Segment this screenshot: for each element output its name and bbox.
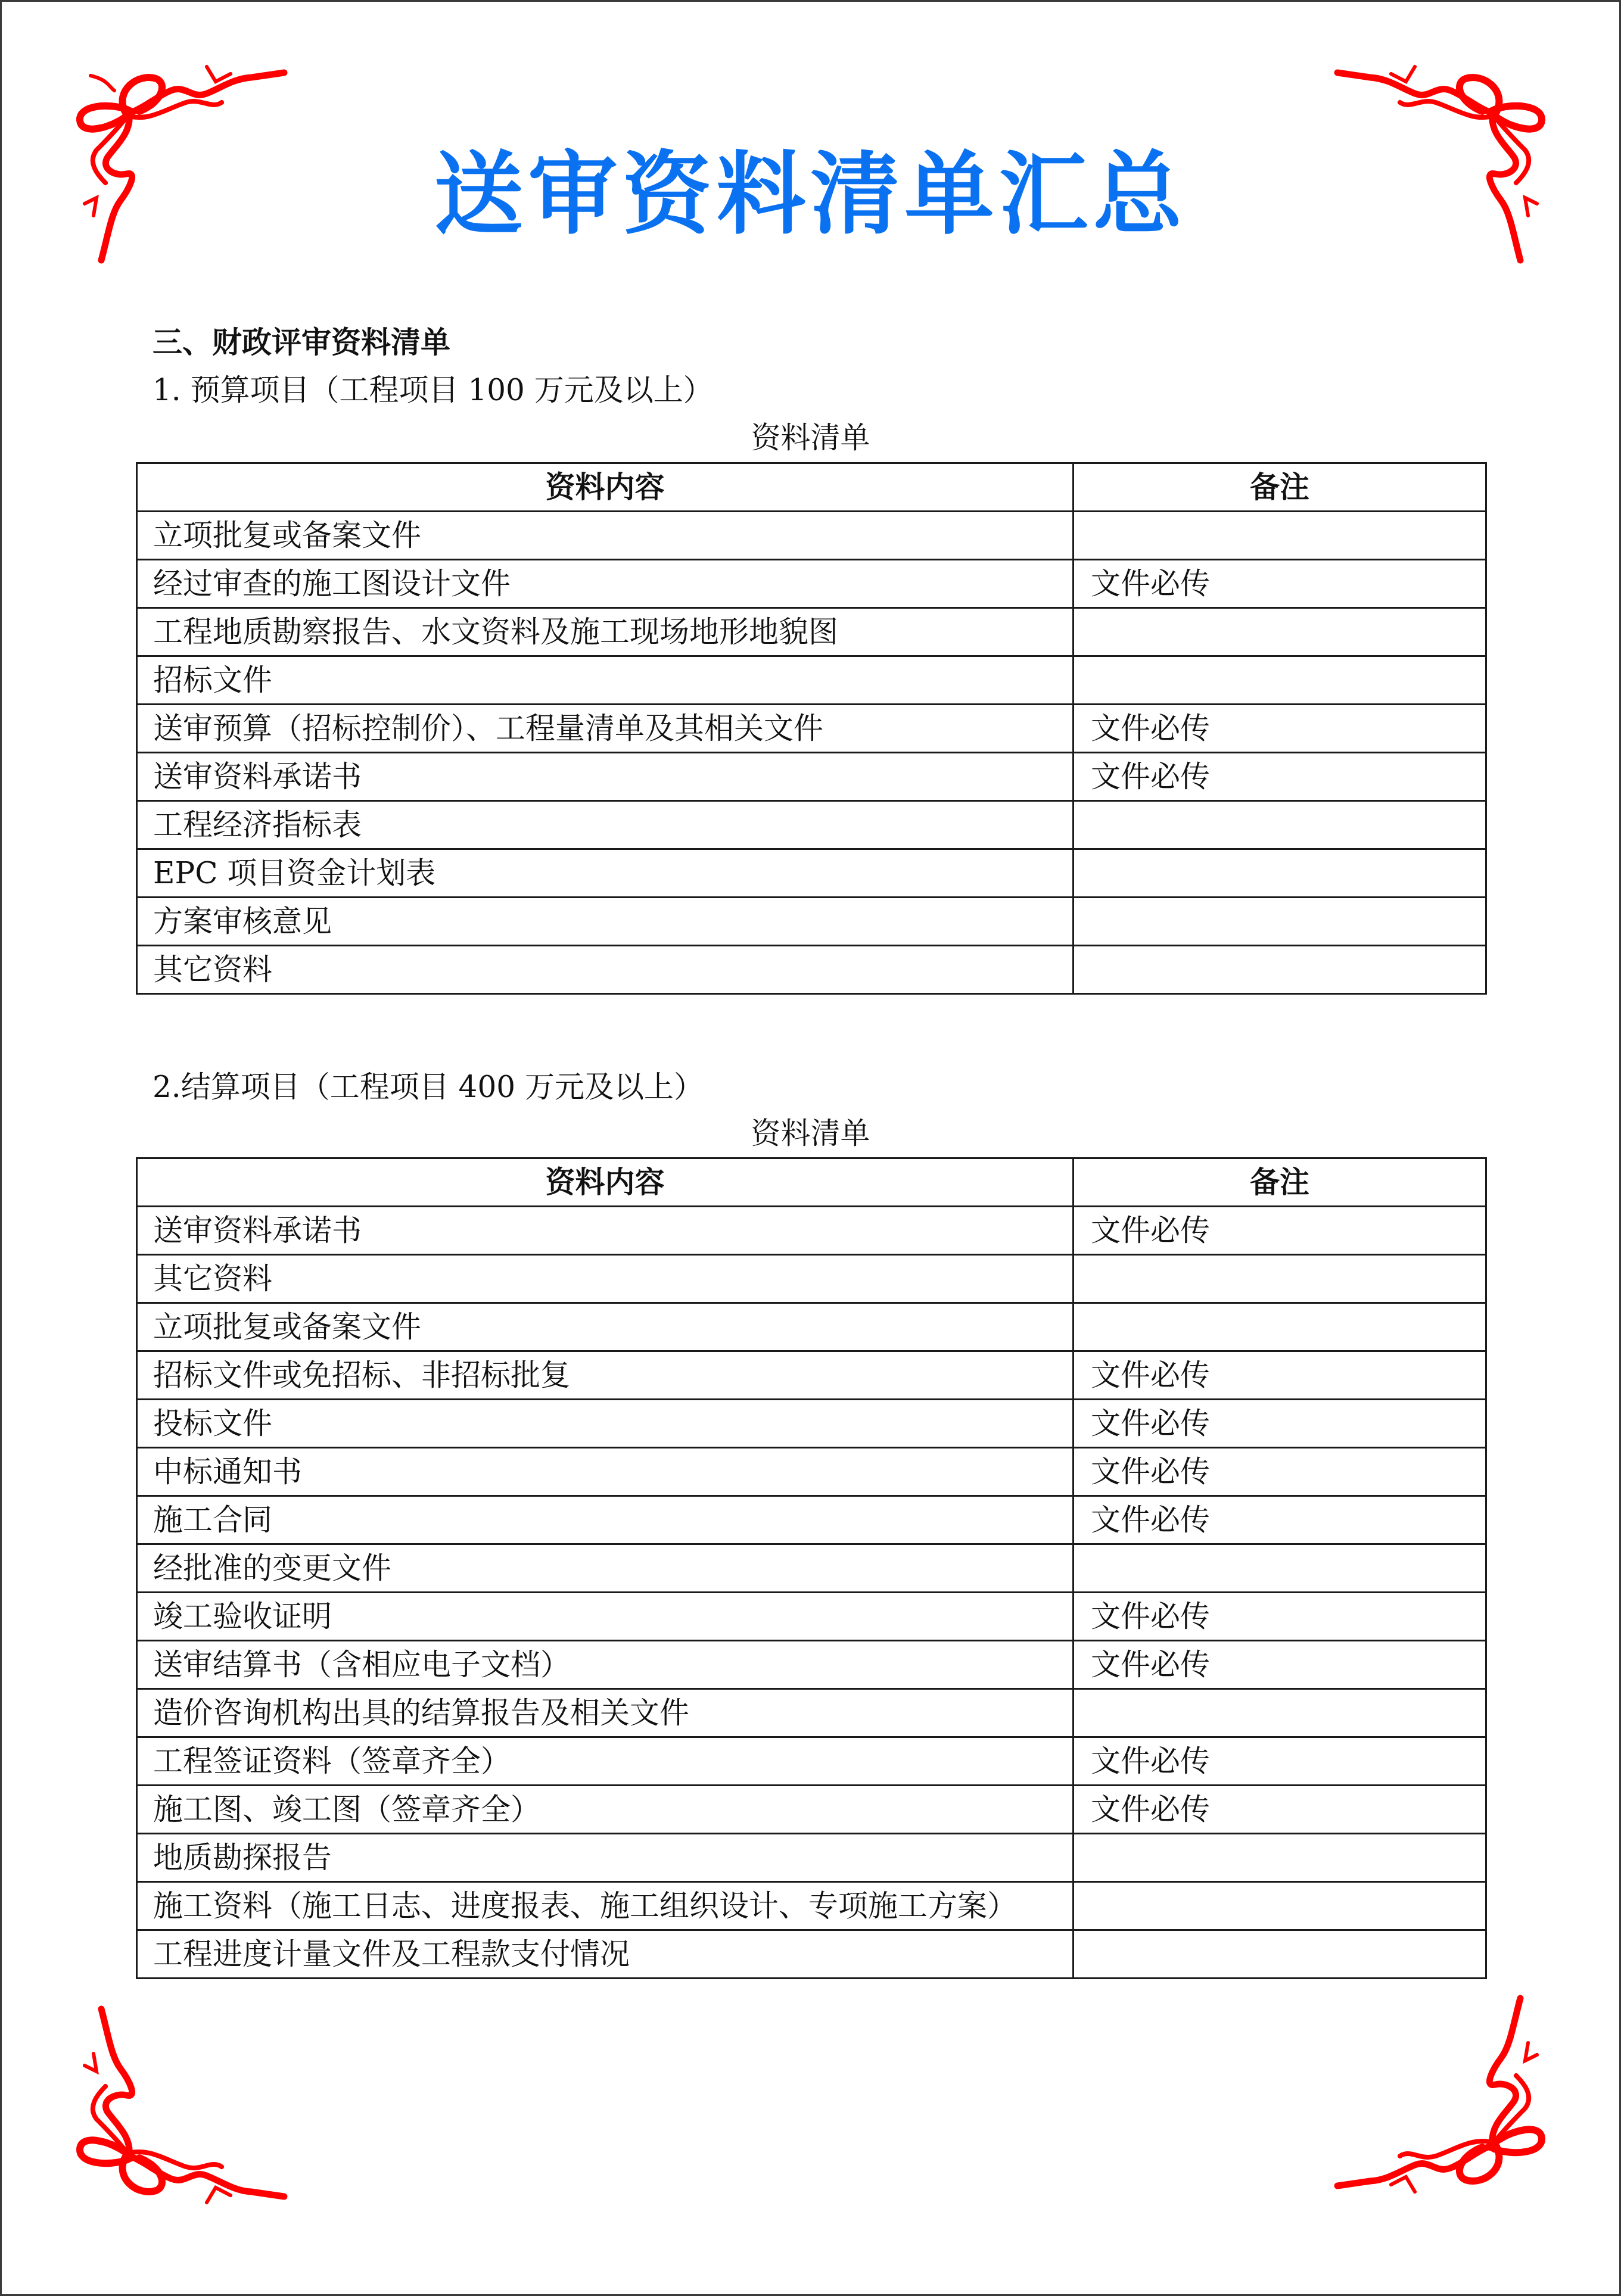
material-content-cell: 中标通知书: [137, 1448, 1074, 1496]
table-row: 送审预算（招标控制价）、工程量清单及其相关文件文件必传: [137, 705, 1486, 753]
material-content-cell: 招标文件: [137, 656, 1074, 705]
material-content-cell: EPC 项目资金计划表: [137, 849, 1074, 898]
material-content-cell: 送审预算（招标控制价）、工程量清单及其相关文件: [137, 705, 1074, 753]
column-header-content: 资料内容: [137, 1158, 1074, 1207]
note-cell: 文件必传: [1074, 1207, 1486, 1255]
material-content-cell: 施工图、竣工图（签章齐全）: [137, 1786, 1074, 1834]
table-row: 工程地质勘察报告、水文资料及施工现场地形地貌图: [137, 608, 1486, 656]
table-row: 工程经济指标表: [137, 801, 1486, 849]
note-cell: [1074, 1930, 1486, 1979]
table-row: 其它资料: [137, 1255, 1486, 1303]
table-row: 施工图、竣工图（签章齐全）文件必传: [137, 1786, 1486, 1834]
table-row: 其它资料: [137, 946, 1486, 994]
table-row: 投标文件文件必传: [137, 1400, 1486, 1448]
settlement-materials-table: 资料内容 备注 送审资料承诺书文件必传其它资料立项批复或备案文件招标文件或免招标…: [136, 1157, 1487, 1979]
material-content-cell: 竣工验收证明: [137, 1593, 1074, 1641]
budget-table-caption: 资料清单: [0, 417, 1621, 459]
material-content-cell: 招标文件或免招标、非招标批复: [137, 1351, 1074, 1400]
material-content-cell: 送审结算书（含相应电子文档）: [137, 1641, 1074, 1689]
note-cell: 文件必传: [1074, 1400, 1486, 1448]
table-header-row: 资料内容 备注: [137, 1158, 1486, 1207]
table-row: 方案审核意见: [137, 898, 1486, 946]
note-cell: [1074, 1544, 1486, 1593]
note-cell: 文件必传: [1074, 1593, 1486, 1641]
table-row: 中标通知书文件必传: [137, 1448, 1486, 1496]
table-row: 造价咨询机构出具的结算报告及相关文件: [137, 1689, 1486, 1737]
material-content-cell: 送审资料承诺书: [137, 1207, 1074, 1255]
material-content-cell: 方案审核意见: [137, 898, 1074, 946]
note-cell: [1074, 1689, 1486, 1737]
table-row: EPC 项目资金计划表: [137, 849, 1486, 898]
note-cell: 文件必传: [1074, 1641, 1486, 1689]
material-content-cell: 投标文件: [137, 1400, 1074, 1448]
table-row: 竣工验收证明文件必传: [137, 1593, 1486, 1641]
material-content-cell: 立项批复或备案文件: [137, 1303, 1074, 1351]
budget-materials-table: 资料内容 备注 立项批复或备案文件经过审查的施工图设计文件文件必传工程地质勘察报…: [136, 462, 1487, 995]
table-row: 经批准的变更文件: [137, 1544, 1486, 1593]
table-row: 招标文件或免招标、非招标批复文件必传: [137, 1351, 1486, 1400]
column-header-note: 备注: [1074, 463, 1486, 512]
material-content-cell: 工程经济指标表: [137, 801, 1074, 849]
budget-heading: 1. 预算项目（工程项目 100 万元及以上）: [153, 369, 713, 411]
note-cell: 文件必传: [1074, 1737, 1486, 1786]
note-cell: 文件必传: [1074, 560, 1486, 608]
note-cell: 文件必传: [1074, 705, 1486, 753]
material-content-cell: 工程地质勘察报告、水文资料及施工现场地形地貌图: [137, 608, 1074, 656]
ribbon-bow-ornament-bottom-left-icon: [73, 1976, 311, 2214]
note-cell: [1074, 898, 1486, 946]
material-content-cell: 工程进度计量文件及工程款支付情况: [137, 1930, 1074, 1979]
settlement-table-caption: 资料清单: [0, 1113, 1621, 1154]
column-header-note: 备注: [1074, 1158, 1486, 1207]
table-row: 送审资料承诺书文件必传: [137, 753, 1486, 801]
note-cell: [1074, 946, 1486, 994]
material-content-cell: 工程签证资料（签章齐全）: [137, 1737, 1074, 1786]
ribbon-bow-ornament-bottom-right-icon: [1311, 1965, 1549, 2204]
note-cell: 文件必传: [1074, 1448, 1486, 1496]
table-row: 送审资料承诺书文件必传: [137, 1207, 1486, 1255]
table-row: 施工资料（施工日志、进度报表、施工组织设计、专项施工方案）: [137, 1882, 1486, 1930]
note-cell: [1074, 1834, 1486, 1882]
material-content-cell: 经过审查的施工图设计文件: [137, 560, 1074, 608]
section-heading: 三、财政评审资料清单: [153, 322, 450, 363]
material-content-cell: 其它资料: [137, 946, 1074, 994]
table-header-row: 资料内容 备注: [137, 463, 1486, 512]
material-content-cell: 施工合同: [137, 1496, 1074, 1544]
table-row: 立项批复或备案文件: [137, 512, 1486, 560]
column-header-content: 资料内容: [137, 463, 1074, 512]
note-cell: [1074, 1303, 1486, 1351]
table-row: 招标文件: [137, 656, 1486, 705]
note-cell: [1074, 512, 1486, 560]
note-cell: 文件必传: [1074, 1786, 1486, 1834]
table-row: 立项批复或备案文件: [137, 1303, 1486, 1351]
material-content-cell: 送审资料承诺书: [137, 753, 1074, 801]
table-row: 施工合同文件必传: [137, 1496, 1486, 1544]
table-row: 地质勘探报告: [137, 1834, 1486, 1882]
note-cell: [1074, 656, 1486, 705]
table-row: 工程进度计量文件及工程款支付情况: [137, 1930, 1486, 1979]
material-content-cell: 地质勘探报告: [137, 1834, 1074, 1882]
note-cell: 文件必传: [1074, 1496, 1486, 1544]
material-content-cell: 立项批复或备案文件: [137, 512, 1074, 560]
material-content-cell: 其它资料: [137, 1255, 1074, 1303]
note-cell: 文件必传: [1074, 1351, 1486, 1400]
document-title: 送审资料清单汇总: [0, 141, 1621, 248]
note-cell: [1074, 1882, 1486, 1930]
material-content-cell: 经批准的变更文件: [137, 1544, 1074, 1593]
note-cell: [1074, 849, 1486, 898]
settlement-heading: 2.结算项目（工程项目 400 万元及以上）: [153, 1066, 704, 1108]
table-row: 工程签证资料（签章齐全）文件必传: [137, 1737, 1486, 1786]
note-cell: [1074, 801, 1486, 849]
table-row: 经过审查的施工图设计文件文件必传: [137, 560, 1486, 608]
material-content-cell: 造价咨询机构出具的结算报告及相关文件: [137, 1689, 1074, 1737]
note-cell: 文件必传: [1074, 753, 1486, 801]
note-cell: [1074, 608, 1486, 656]
material-content-cell: 施工资料（施工日志、进度报表、施工组织设计、专项施工方案）: [137, 1882, 1074, 1930]
table-row: 送审结算书（含相应电子文档）文件必传: [137, 1641, 1486, 1689]
note-cell: [1074, 1255, 1486, 1303]
